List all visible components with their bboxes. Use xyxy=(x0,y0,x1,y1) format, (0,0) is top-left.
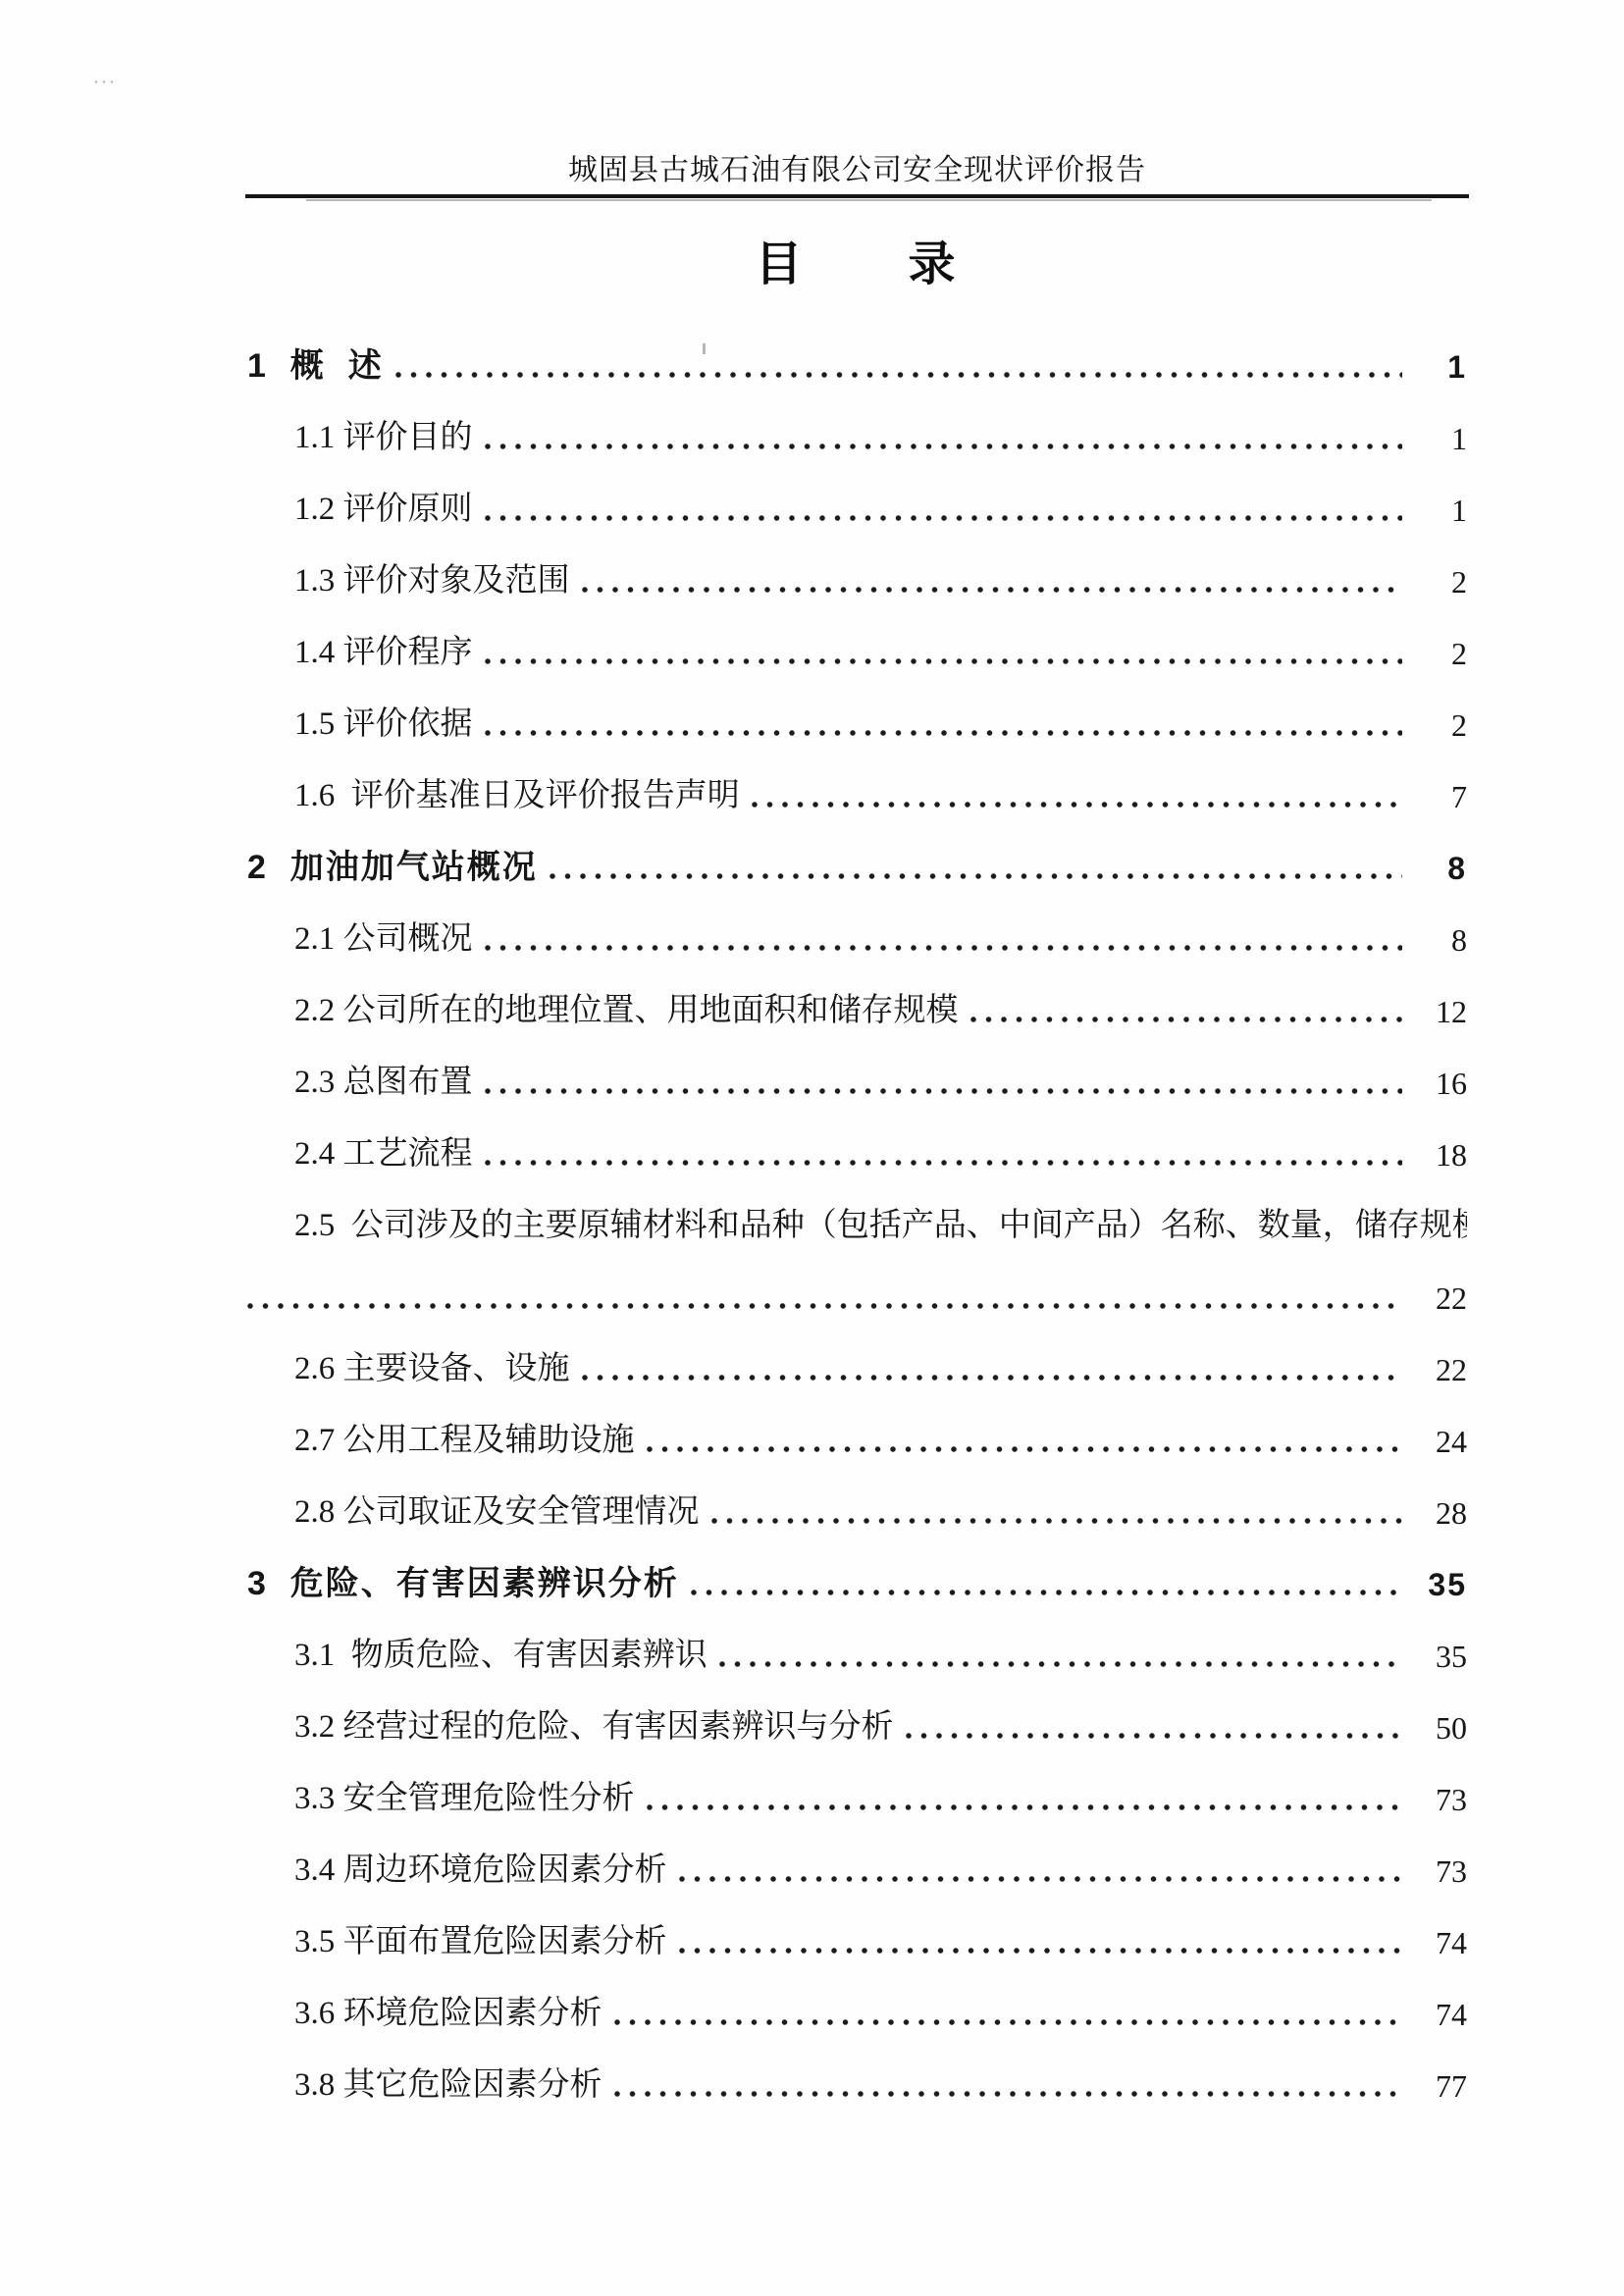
dot-leader xyxy=(582,583,1403,595)
toc-entry: 1.4 评价程序 2 xyxy=(247,600,1467,672)
toc-entry-page: 18 xyxy=(1412,1137,1467,1174)
toc-entry-label: 2.5 公司涉及的主要原辅材料和品种（包括产品、中间产品）名称、数量，储存规模 xyxy=(294,1208,1467,1245)
toc-entry: 2.4 工艺流程 18 xyxy=(247,1102,1467,1174)
dot-leader xyxy=(719,1657,1402,1669)
toc-entry-label: 2.3 总图布置 xyxy=(294,1065,473,1102)
toc-entry: 1.6 评价基准日及评价报告声明 7 xyxy=(247,744,1467,815)
scanned-document-page: 城固县古城石油有限公司安全现状评价报告 目 录 1 概 述 1 1.1 评价目的… xyxy=(0,0,1624,2296)
dot-leader xyxy=(485,726,1403,738)
toc-entry: 3.3 安全管理危险性分析 73 xyxy=(247,1747,1467,1818)
toc-entry-label: 1 概 述 xyxy=(247,347,384,386)
toc-entry-page: 24 xyxy=(1412,1424,1467,1460)
toc-entry-label: 1.1 评价目的 xyxy=(294,420,473,457)
dot-leader xyxy=(970,1013,1403,1024)
toc-entry-page: 16 xyxy=(1412,1066,1467,1102)
toc-entry: 3.8 其它危险因素分析 77 xyxy=(247,2033,1467,2105)
dot-leader xyxy=(647,1800,1403,1812)
toc-entry: 3.4 周边环境危险因素分析 73 xyxy=(247,1818,1467,1890)
toc-entry-label: 3.5 平面布置危险因素分析 xyxy=(294,1924,667,1961)
toc-entry-label: 2 加油加气站概况 xyxy=(247,849,538,887)
toc-entry-label: 3 危险、有害因素辨识分析 xyxy=(247,1565,679,1603)
toc-entry: 2.6 主要设备、设施 22 xyxy=(247,1317,1467,1388)
dot-leader xyxy=(906,1729,1403,1741)
toc-entry-label: 3.1 物质危险、有害因素辨识 xyxy=(294,1638,707,1675)
toc-entry-label: 3.6 环境危险因素分析 xyxy=(294,1996,602,2033)
toc-entry-page: 2 xyxy=(1412,564,1467,600)
toc-entry: 2.5 公司涉及的主要原辅材料和品种（包括产品、中间产品）名称、数量，储存规模 … xyxy=(247,1174,1467,1245)
toc-entry-page: 2 xyxy=(1412,707,1467,744)
dot-leader xyxy=(485,511,1403,523)
dot-leader xyxy=(711,1514,1403,1526)
dot-leader xyxy=(485,1156,1403,1168)
toc-entry-label: 1.6 评价基准日及评价报告声明 xyxy=(294,778,740,815)
toc-entry-page: 35 xyxy=(1412,1639,1467,1675)
toc-entry-page: 22 xyxy=(1412,1352,1467,1388)
toc-entry-page: 2 xyxy=(1412,636,1467,672)
toc-entry-label: 3.3 安全管理危险性分析 xyxy=(294,1781,635,1818)
toc-entry-label: 3.4 周边环境危险因素分析 xyxy=(294,1852,667,1890)
toc-entry: 2.5 公司涉及的主要原辅材料和品种（包括产品、中间产品）名称、数量，储存规模 … xyxy=(247,1245,1467,1317)
scan-artifact xyxy=(94,80,116,83)
toc-entry-page: 73 xyxy=(1412,1782,1467,1818)
toc-entry-label: 3.8 其它危险因素分析 xyxy=(294,2067,602,2105)
toc-entry-label: 2.8 公司取证及安全管理情况 xyxy=(294,1494,700,1532)
toc-entry-page: 28 xyxy=(1412,1495,1467,1532)
toc-entry: 1 概 述 1 xyxy=(247,314,1467,386)
header-rule xyxy=(245,194,1469,198)
toc-entry: 2 加油加气站概况 8 xyxy=(247,815,1467,887)
toc-entry: 2.1 公司概况 8 xyxy=(247,887,1467,959)
toc-entry: 3.5 平面布置危险因素分析 74 xyxy=(247,1890,1467,1961)
toc-entry-page: 1 xyxy=(1412,349,1467,386)
toc-entry: 2.3 总图布置 16 xyxy=(247,1030,1467,1102)
toc-entry-page: 35 xyxy=(1412,1567,1467,1603)
dot-leader xyxy=(485,1084,1403,1096)
toc-entry: 1.1 评价目的 1 xyxy=(247,386,1467,457)
toc-entry-label: 2.6 主要设备、设施 xyxy=(294,1351,570,1388)
toc-entry-label: 2.7 公用工程及辅助设施 xyxy=(294,1423,635,1460)
toc-list: 1 概 述 1 1.1 评价目的 1 1.2 评价原则 1 1.3 评价对象及范… xyxy=(247,314,1467,2105)
toc-entry-page: 8 xyxy=(1412,851,1467,887)
toc-entry: 1.5 评价依据 2 xyxy=(247,672,1467,744)
toc-entry-page: 8 xyxy=(1412,922,1467,959)
dot-leader xyxy=(647,1442,1403,1454)
toc-entry: 3.2 经营过程的危险、有害因素辨识与分析 50 xyxy=(247,1675,1467,1747)
toc-entry: 2.7 公用工程及辅助设施 24 xyxy=(247,1388,1467,1460)
dot-leader xyxy=(614,2087,1403,2099)
toc-entry-page: 50 xyxy=(1412,1710,1467,1747)
dot-leader xyxy=(485,941,1403,953)
running-header: 城固县古城石油有限公司安全现状评价报告 xyxy=(247,145,1467,188)
toc-entry: 2.2 公司所在的地理位置、用地面积和储存规模 12 xyxy=(247,959,1467,1030)
toc-entry: 3 危险、有害因素辨识分析 35 xyxy=(247,1532,1467,1603)
dot-leader xyxy=(614,2015,1403,2027)
toc-entry: 3.6 环境危险因素分析 74 xyxy=(247,1961,1467,2033)
dot-leader xyxy=(691,1586,1402,1597)
toc-entry-label: 1.5 评价依据 xyxy=(294,706,473,744)
page-content: 城固县古城石油有限公司安全现状评价报告 目 录 1 概 述 1 1.1 评价目的… xyxy=(247,0,1467,2296)
page-title: 目 录 xyxy=(247,226,1467,293)
toc-entry-label: 2.1 公司概况 xyxy=(294,921,473,959)
toc-entry: 2.8 公司取证及安全管理情况 28 xyxy=(247,1460,1467,1532)
dot-leader xyxy=(550,869,1402,881)
toc-entry-page: 12 xyxy=(1412,994,1467,1030)
dot-leader xyxy=(679,1944,1403,1956)
dot-leader xyxy=(752,798,1402,809)
toc-entry: 1.3 评价对象及范围 2 xyxy=(247,529,1467,600)
toc-entry-page: 7 xyxy=(1412,779,1467,815)
toc-entry: 3.1 物质危险、有害因素辨识 35 xyxy=(247,1603,1467,1675)
toc-entry-page: 77 xyxy=(1412,2068,1467,2105)
dot-leader xyxy=(582,1371,1403,1383)
toc-entry-page: 1 xyxy=(1412,421,1467,457)
toc-entry-label: 2.2 公司所在的地理位置、用地面积和储存规模 xyxy=(294,993,959,1030)
toc-entry-page: 22 xyxy=(1412,1280,1467,1317)
dot-leader xyxy=(679,1872,1403,1884)
toc-entry-page: 74 xyxy=(1412,1925,1467,1961)
toc-entry-page: 73 xyxy=(1412,1853,1467,1890)
toc-entry-label: 3.2 经营过程的危险、有害因素辨识与分析 xyxy=(294,1709,894,1747)
dot-leader xyxy=(247,1299,1402,1311)
toc-entry-page: 1 xyxy=(1412,493,1467,529)
toc-entry-label: 1.2 评价原则 xyxy=(294,492,473,529)
toc-entry-label: 2.4 工艺流程 xyxy=(294,1136,473,1174)
dot-leader xyxy=(395,368,1402,380)
toc-entry-label: 1.4 评价程序 xyxy=(294,635,473,672)
toc-entry-label: 1.3 评价对象及范围 xyxy=(294,563,570,600)
toc-entry-page: 74 xyxy=(1412,1997,1467,2033)
dot-leader xyxy=(485,440,1403,451)
dot-leader xyxy=(485,654,1403,666)
toc-entry: 1.2 评价原则 1 xyxy=(247,457,1467,529)
